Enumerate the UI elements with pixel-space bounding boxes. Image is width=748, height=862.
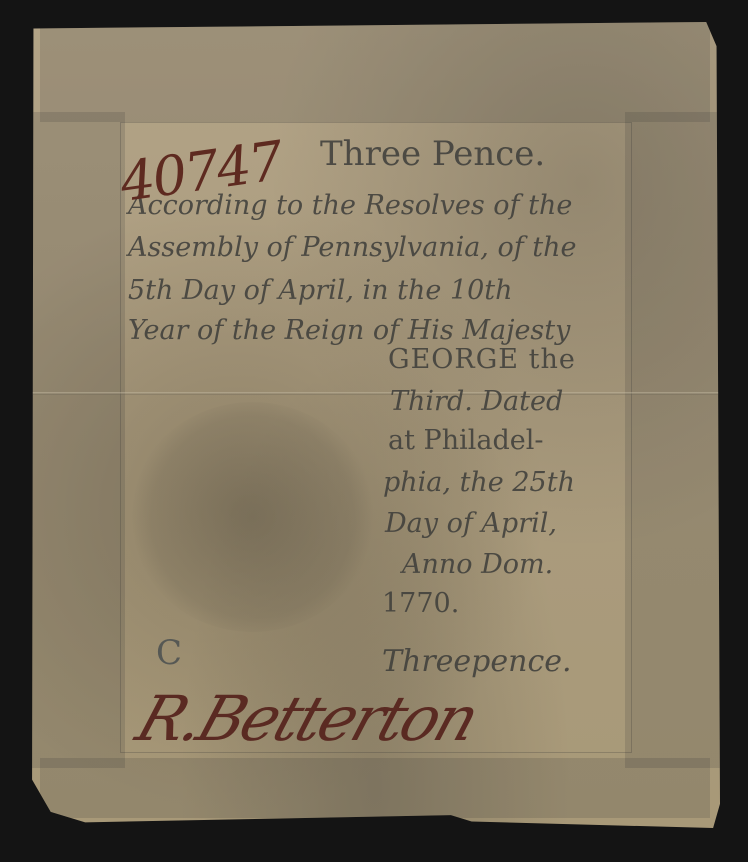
right-text-line: at Philadel- bbox=[388, 425, 543, 456]
coat-of-arms-seal bbox=[130, 402, 375, 632]
top-border-ornament bbox=[40, 22, 710, 122]
issue-year: 1770. bbox=[382, 588, 459, 619]
text-line: Year of the Reign of His Majesty bbox=[128, 315, 570, 346]
left-border-ornament bbox=[30, 112, 125, 768]
right-text-line: Day of April, bbox=[385, 508, 557, 539]
text-line: 5th Day of April, in the 10th bbox=[128, 275, 513, 306]
text-line: Assembly of Pennsylvania, of the bbox=[128, 232, 577, 263]
denomination-title: Three Pence. bbox=[320, 134, 545, 174]
right-text-line: Anno Dom. bbox=[402, 549, 553, 580]
denomination-words: Threepence. bbox=[382, 644, 572, 679]
bottom-border-ornament bbox=[40, 758, 710, 818]
handwritten-signature: R.Betterton bbox=[128, 682, 486, 755]
right-text-line: phia, the 25th bbox=[383, 467, 575, 498]
plate-letter: C bbox=[156, 633, 182, 673]
right-text-line: Third. Dated bbox=[390, 386, 563, 417]
fold-crease bbox=[30, 392, 720, 395]
monarch-name: GEORGE the bbox=[388, 344, 576, 375]
currency-note: Three Pence. According to the Resolves o… bbox=[30, 22, 720, 828]
right-border-ornament bbox=[625, 112, 720, 768]
